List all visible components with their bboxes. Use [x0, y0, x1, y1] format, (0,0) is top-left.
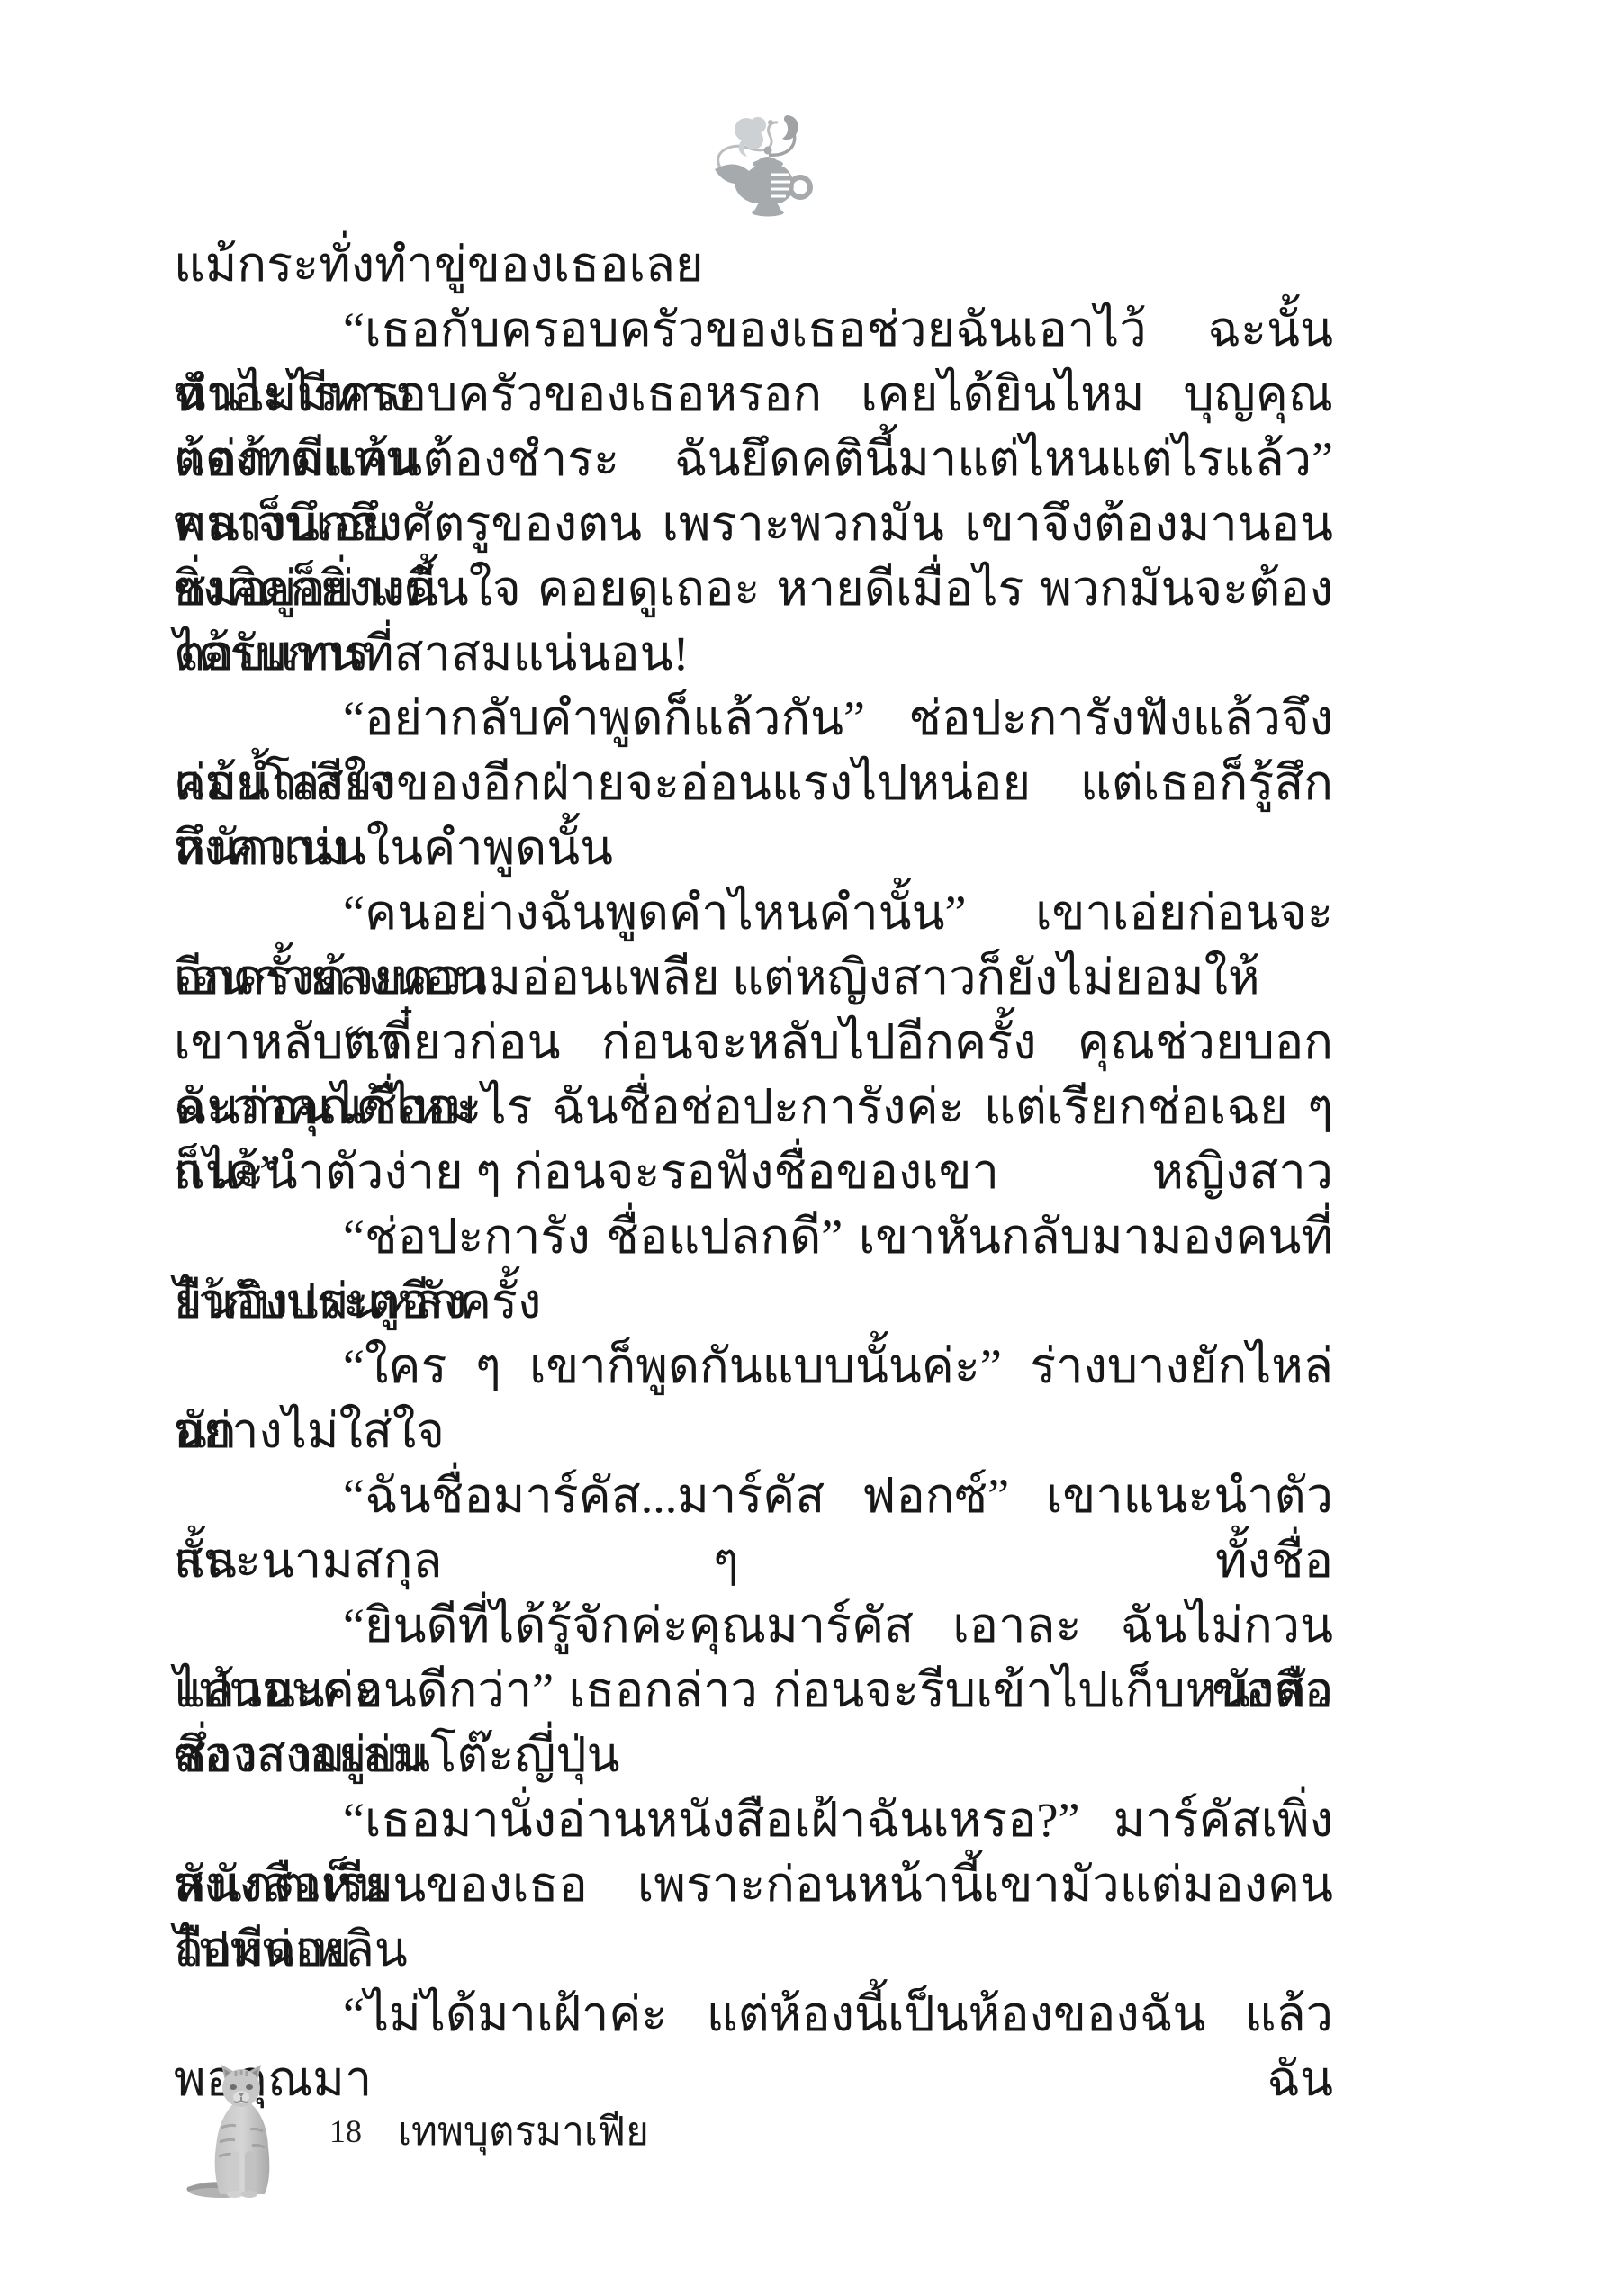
text-line: แม้น้ำเสียงของอีกฝ่ายจะอ่อนแรงไปหน่อย แต…	[174, 751, 1333, 815]
text-line: ซึ่งวางอยู่บนโต๊ะญี่ปุ่น	[174, 1723, 1333, 1787]
text-line: “เดี๋ยวก่อน ก่อนจะหลับไปอีกครั้ง คุณช่วย…	[174, 1010, 1333, 1075]
text-line: ไว้กับประตูอีกครั้ง	[174, 1269, 1333, 1334]
text-line: หนักแน่นในคำพูดนั้น	[174, 815, 1333, 880]
text-line: อีกครั้งด้วยความอ่อนเพลีย แต่หญิงสาวก็ยั…	[174, 945, 1333, 1010]
text-line: ตอบแทนที่สาสมแน่นอน!	[174, 621, 1333, 686]
text-line: แม้กระทั่งทำขู่ของเธอเลย	[174, 232, 1333, 297]
page-footer: 18 เทพบุตรมาเฟีย	[329, 2102, 649, 2160]
text-line: คะว่าคุณชื่ออะไร ฉันชื่อช่อปะการังค่ะ แต…	[174, 1075, 1333, 1139]
text-line: ทำอะไรครอบครัวของเธอหรอก เคยได้ยินไหม บุ…	[174, 362, 1333, 427]
sitting-cat-photo	[184, 2063, 297, 2200]
text-line: ไปหน่อย	[174, 1917, 1333, 1982]
text-line: หนังสือเรียนของเธอ เพราะก่อนหน้านี้เขามั…	[174, 1852, 1333, 1917]
text-line: ยิ่งคิดก็ยิ่งแค้นใจ คอยดูเถอะ หายดีเมื่อ…	[174, 556, 1333, 621]
text-line: แต่ถ้ามีแค้นต้องชำระ ฉันยึดคตินี้มาแต่ไห…	[174, 427, 1333, 491]
body-text: แม้กระทั่งทำขู่ของเธอเลย“เธอกับครอบครัวข…	[174, 232, 1333, 2047]
book-title: เทพบุตรมาเฟีย	[398, 2100, 649, 2163]
text-line: “ใคร ๆ เขาก็พูดกันแบบนั้นค่ะ” ร่างบางยัก…	[174, 1334, 1333, 1399]
text-line: “ช่อปะการัง ชื่อแปลกดี” เขาหันกลับมามองค…	[174, 1204, 1333, 1269]
text-line: “เธอมานั่งอ่านหนังสือเฝ้าฉันเหรอ?” มาร์ค…	[174, 1787, 1333, 1852]
text-line: พลางนึกถึงศัตรูของตน เพราะพวกมัน เขาจึงต…	[174, 491, 1333, 556]
text-line: “อย่ากลับคำพูดก็แล้วกัน” ช่อปะการังฟังแล…	[174, 686, 1333, 751]
text-line: “เธอกับครอบครัวของเธอช่วยฉันเอาไว้ ฉะนั้…	[174, 297, 1333, 362]
page-number: 18	[329, 2112, 362, 2150]
text-line: ไปนอนก่อนดีกว่า” เธอกล่าว ก่อนจะรีบเข้าไ…	[174, 1658, 1333, 1723]
text-line: “คนอย่างฉันพูดคำไหนคำนั้น” เขาเอ่ยก่อนจะ…	[174, 880, 1333, 945]
text-line: “ไม่ได้มาเฝ้าค่ะ แต่ห้องนี้เป็นห้องของฉั…	[174, 1982, 1333, 2047]
teapot-steam-ornament-icon	[711, 110, 815, 218]
text-line: “ยินดีที่ได้รู้จักค่ะคุณมาร์คัส เอาละ ฉั…	[174, 1593, 1333, 1658]
book-page: แม้กระทั่งทำขู่ของเธอเลย“เธอกับครอบครัวข…	[0, 0, 1605, 2296]
text-line: “ฉันชื่อมาร์คัส...มาร์คัส ฟอกซ์” เขาแนะน…	[174, 1463, 1333, 1528]
